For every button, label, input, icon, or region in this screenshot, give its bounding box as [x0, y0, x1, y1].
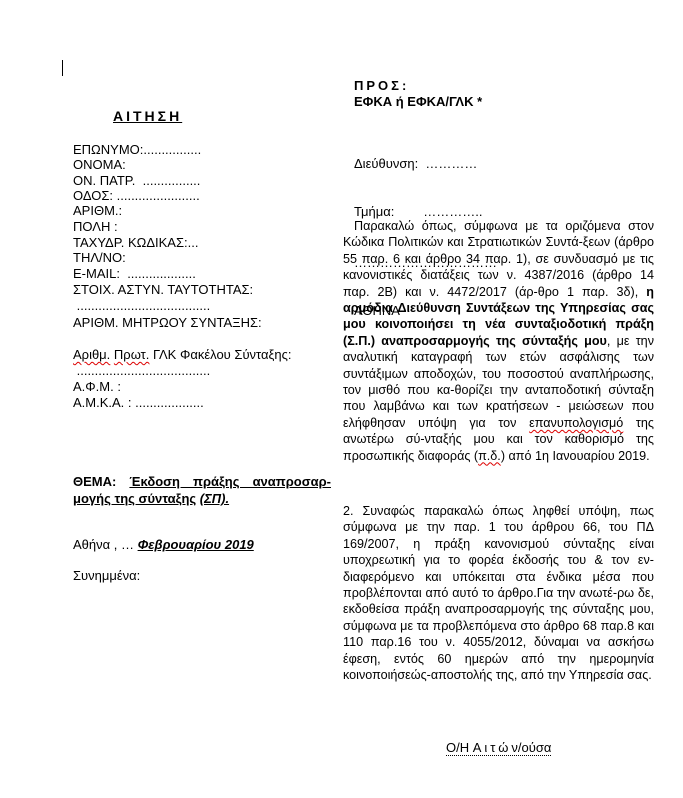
applicant-field[interactable]: ΑΡΙΘΜ.:: [73, 203, 122, 218]
paragraph-1: Παρακαλώ όπως, σύμφωνα με τα οριζόμενα σ…: [343, 218, 654, 464]
recipient-block: ΠΡΟΣ: ΕΦΚΑ ή ΕΦΚΑ/ΓΛΚ *: [354, 78, 482, 110]
applicant-field[interactable]: ΤΑΧΥΔΡ. ΚΩΔΙΚΑΣ:...: [73, 235, 198, 250]
protocol-number-value[interactable]: .....................................: [73, 363, 210, 378]
applicant-field[interactable]: ΟΝΟΜΑ:: [73, 157, 126, 172]
applicant-field[interactable]: .....................................: [73, 298, 210, 313]
subject: ΘΕΜΑ: Έκδοση πράξης αναπροσαρ-μογής της …: [73, 473, 331, 507]
protocol-number-label: Αριθμ. Πρωτ. ΓΛΚ Φακέλου Σύνταξης:: [73, 347, 291, 362]
applicant-field[interactable]: ΤΗΛ/ΝΟ:: [73, 250, 126, 265]
applicant-field[interactable]: ΑΡΙΘΜ. ΜΗΤΡΩΟΥ ΣΥΝΤΑΞΗΣ:: [73, 315, 262, 330]
to-recipient: ΕΦΚΑ ή ΕΦΚΑ/ΓΛΚ *: [354, 94, 482, 110]
address-line: Διεύθυνση: …………: [354, 156, 497, 172]
document-title: ΑΙΤΗΣΗ: [113, 108, 182, 124]
applicant-field[interactable]: E-MAIL: ...................: [73, 266, 196, 281]
to-heading: ΠΡΟΣ:: [354, 78, 482, 94]
applicant-field[interactable]: ΕΠΩΝΥΜΟ:................: [73, 142, 201, 157]
place-date: Αθήνα , … Φεβρουαρίου 2019: [73, 537, 254, 552]
text-cursor: [62, 60, 63, 76]
signature-line: Ο/Η Αιτών/ούσα: [446, 741, 551, 756]
applicant-field[interactable]: ΠΟΛΗ :: [73, 219, 118, 234]
afm-field[interactable]: Α.Φ.Μ. :: [73, 379, 121, 394]
applicant-field[interactable]: ΟΔΟΣ: .......................: [73, 188, 200, 203]
amka-field[interactable]: Α.Μ.Κ.Α. : ...................: [73, 395, 204, 410]
applicant-field[interactable]: ΣΤΟΙΧ. ΑΣΤΥΝ. ΤΑΥΤΟΤΗΤΑΣ:: [73, 282, 253, 297]
attachments-label: Συνημμένα:: [73, 568, 140, 583]
applicant-field[interactable]: ΟΝ. ΠΑΤΡ. ................: [73, 173, 200, 188]
date: Φεβρουαρίου 2019: [138, 537, 254, 552]
paragraph-2: 2. Συναφώς παρακαλώ όπως ληφθεί υπόψη, π…: [343, 503, 654, 683]
